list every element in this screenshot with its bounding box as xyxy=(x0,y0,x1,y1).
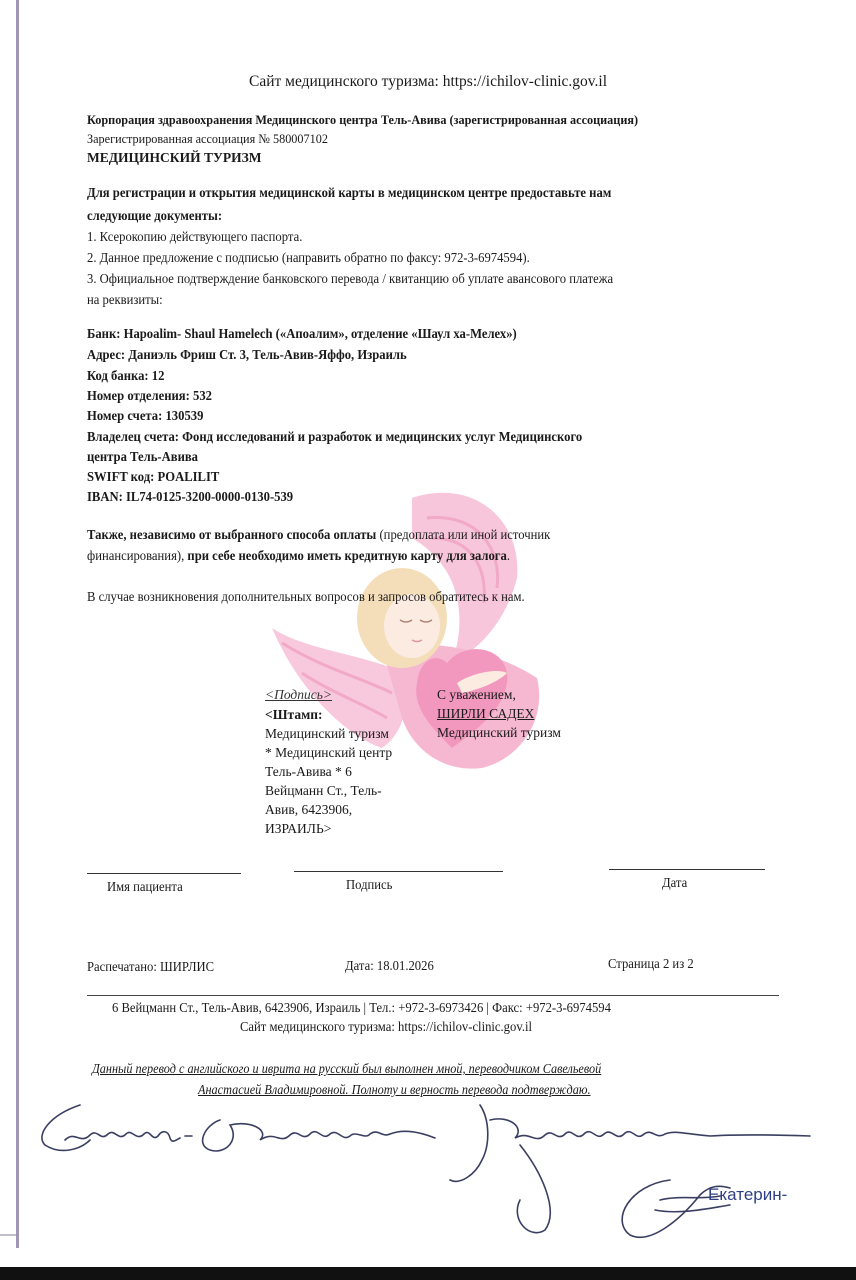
bank-owner-line1: Владелец счета: Фонд исследований и разр… xyxy=(87,430,582,444)
intro-item-1: 1. Ксерокопию действующего паспорта. xyxy=(87,230,302,244)
payment-notice-line2: финансирования), при себе необходимо име… xyxy=(87,549,510,563)
date-field-label: Дата xyxy=(662,876,687,890)
bank-swift: SWIFT код: POALILIT xyxy=(87,470,219,484)
payment-notice-period: . xyxy=(507,548,510,563)
payment-notice-credit-card: при себе необходимо иметь кредитную карт… xyxy=(184,548,507,563)
print-date: Дата: 18.01.2026 xyxy=(345,959,434,973)
printed-by: Распечатано: ШИРЛИС xyxy=(87,960,214,974)
footer-address: 6 Вейцманн Ст., Тель-Авив, 6423906, Изра… xyxy=(112,1001,611,1015)
header-department: МЕДИЦИНСКИЙ ТУРИЗМ xyxy=(87,151,261,165)
footer-site: Сайт медицинского туризма: https://ichil… xyxy=(240,1020,532,1034)
signature-field-label: Подпись xyxy=(346,878,392,892)
contact-notice: В случае возникновения дополнительных во… xyxy=(87,590,525,604)
intro-item-2: 2. Данное предложение с подписью (направ… xyxy=(87,251,530,265)
payment-notice-financing: финансирования), xyxy=(87,548,184,563)
bank-address: Адрес: Даниэль Фриш Ст. 3, Тель-Авив-Яфф… xyxy=(87,348,407,362)
header-site-line: Сайт медицинского туризма: https://ichil… xyxy=(0,74,856,90)
stamp-line-4: Тель-Авива * 6 xyxy=(265,765,352,779)
translator-signature-icon xyxy=(20,1100,840,1250)
signature-line xyxy=(294,871,503,872)
page-number: Страница 2 из 2 xyxy=(608,957,694,971)
translator-note-line2: Анастасией Владимировной. Полноту и верн… xyxy=(198,1083,591,1097)
signatory-name: ШИРЛИ САДЕХ xyxy=(437,707,534,721)
patient-name-label: Имя пациента xyxy=(107,880,183,894)
bank-account: Номер счета: 130539 xyxy=(87,409,203,423)
stamp-line-5: Вейцманн Ст., Тель- xyxy=(265,784,382,798)
page-margin-rule-foot xyxy=(0,1234,18,1236)
translator-note-line1: Данный перевод с английского и иврита на… xyxy=(92,1062,601,1076)
intro-item-3: 3. Официальное подтверждение банковского… xyxy=(87,272,613,286)
stamp-line-7: ИЗРАИЛЬ> xyxy=(265,822,331,836)
intro-heading-line1: Для регистрации и открытия медицинской к… xyxy=(87,186,611,200)
header-corporation: Корпорация здравоохранения Медицинского … xyxy=(87,113,638,126)
stamp-line-3: * Медицинский центр xyxy=(265,746,392,760)
stamp-fragment-text: Екатерин- xyxy=(708,1185,787,1205)
bank-name: Банк: Hapoalim- Shaul Hamelech («Апоалим… xyxy=(87,327,517,341)
signatory-role: Медицинский туризм xyxy=(437,726,561,740)
patient-name-line xyxy=(87,873,241,874)
stamp-line-6: Авив, 6423906, xyxy=(265,803,352,817)
page-margin-rule xyxy=(16,0,19,1248)
payment-notice-bold: Также, независимо от выбранного способа … xyxy=(87,527,376,542)
payment-notice-regular: (предоплата или иной источник xyxy=(376,527,550,542)
regards-text: С уважением, xyxy=(437,688,516,702)
intro-item-3-cont: на реквизиты: xyxy=(87,293,163,307)
bank-owner-line2: центра Тель-Авива xyxy=(87,450,198,464)
intro-heading-line2: следующие документы: xyxy=(87,209,222,223)
stamp-line-2: Медицинский туризм xyxy=(265,727,389,741)
bank-iban: IBAN: IL74-0125-3200-0000-0130-539 xyxy=(87,490,293,504)
bank-code: Код банка: 12 xyxy=(87,369,164,383)
signature-label: <Подпись> xyxy=(265,688,332,702)
payment-notice-line1: Также, независимо от выбранного способа … xyxy=(87,528,550,542)
bottom-black-bar xyxy=(0,1267,856,1280)
header-association: Зарегистрированная ассоциация № 58000710… xyxy=(87,132,328,145)
date-line xyxy=(609,869,765,870)
document-page: Сайт медицинского туризма: https://ichil… xyxy=(0,0,856,1280)
bank-branch: Номер отделения: 532 xyxy=(87,389,212,403)
footer-divider xyxy=(87,995,779,996)
stamp-line-1: <Штамп: xyxy=(265,708,323,722)
